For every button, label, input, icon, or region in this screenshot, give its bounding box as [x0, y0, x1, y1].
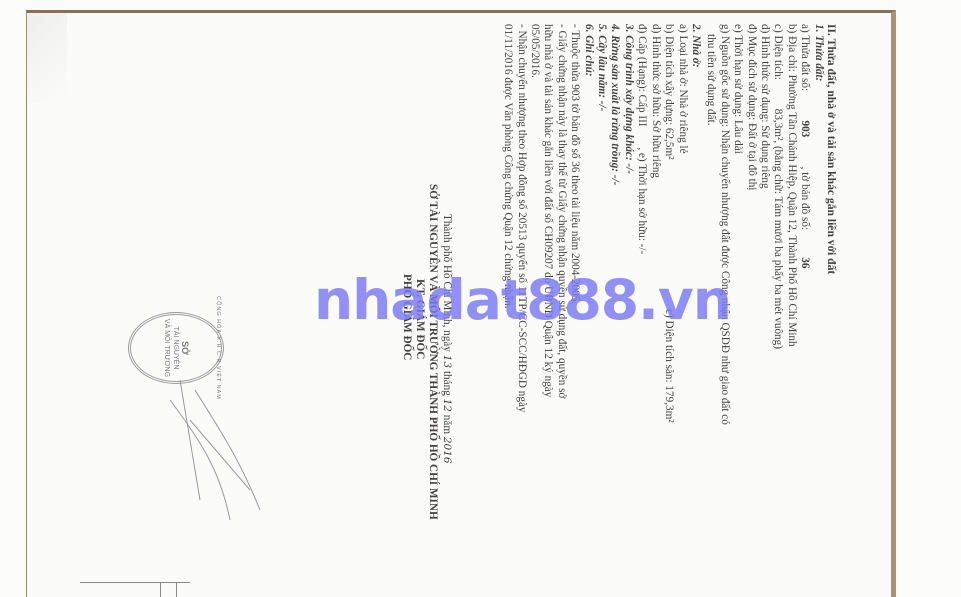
- address-line: b) Địa chỉ: Phường Tân Chánh Hiệp, Quận …: [784, 24, 797, 584]
- map-sheet-number: 36: [798, 233, 811, 293]
- area-line: c) Diện tích: 83,3m², (bằng chữ: Tám mươ…: [771, 24, 784, 584]
- usage-term-line: e) Thời hạn sử dụng: Lâu dài: [731, 24, 744, 584]
- ownership-term: , e) Thời hạn sở hữu: -/-: [636, 129, 648, 254]
- stamp-center-line1: SỞ: [181, 319, 190, 377]
- usage-form-line: d) Hình thức sử dụng: Sử dụng riêng: [758, 24, 771, 584]
- map-sheet-label: , tờ bản đồ số:: [799, 167, 811, 230]
- grade: đ) Cấp (Hạng): Cấp III: [636, 24, 648, 127]
- stamp-ring-text: CỘNG HÒA X.H.C.N VIỆT NAM: [213, 296, 222, 400]
- date-day: 13: [441, 355, 453, 368]
- date-year: 2016: [441, 437, 453, 464]
- parcel-label: a) Thửa đất số:: [799, 24, 811, 91]
- stamp-center-line2: TÀI NGUYÊN: [172, 319, 181, 377]
- section-title: II. Thửa đất, nhà ở và tài sản khác gắn …: [825, 24, 838, 584]
- area-value: 83,3m², (bằng chữ: Tám mươi ba phẩy ba m…: [772, 83, 784, 349]
- parcel-line: a) Thửa đất số: 903 , tờ bản đồ số: 36: [798, 24, 811, 584]
- table-border-fragment: [80, 582, 190, 597]
- watermark-logo: nhadat888.vn: [314, 268, 731, 332]
- date-year-label: năm: [441, 415, 453, 434]
- usage-purpose-line: đ) Mục đích sử dụng: Đất ở tại đô thị: [744, 24, 757, 584]
- land-heading: 1. Thửa đất:: [811, 24, 824, 584]
- build-area: b) Diện tích xây dựng: 62,5m²: [663, 24, 675, 160]
- stamp-center-line3: VÀ MÔI TRƯỜNG: [163, 319, 172, 377]
- official-stamp: CỘNG HÒA X.H.C.N VIỆT NAM SỞ TÀI NGUYÊN …: [128, 312, 224, 384]
- parcel-number: 903: [798, 94, 811, 164]
- date-month: 12: [441, 399, 453, 412]
- date-month-label: tháng: [441, 371, 453, 396]
- area-label: c) Diện tích:: [772, 24, 784, 80]
